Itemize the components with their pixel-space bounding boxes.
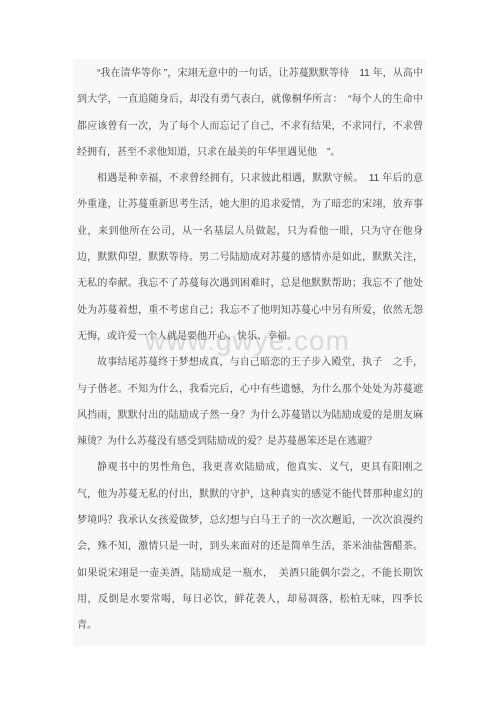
document-content: www.gwye.com “我在清华等你 ”，宋翊无意中的一句话，让苏蔓默默等待… — [73, 59, 427, 646]
document-page: www.gwye.com “我在清华等你 ”，宋翊无意中的一句话，让苏蔓默默等待… — [0, 0, 500, 708]
paragraph: “我在清华等你 ”，宋翊无意中的一句话，让苏蔓默默等待 11 年，从高中到大学，… — [73, 61, 427, 166]
paragraph: 相遇是种幸福，不求曾经拥有，只求彼此相遇，默默守候。 11 年后的意外重逢，让苏… — [73, 166, 427, 350]
paragraph: 故事结尾苏蔓终于梦想成真，与自己暗恋的王子步入殿堂，执子 之手，与子偕老。不知为… — [73, 350, 427, 455]
paragraph: 静观书中的男性角色，我更喜欢陆励成，他真实、义气，更具有阳刚之气，他为苏蔓无私的… — [73, 455, 427, 639]
